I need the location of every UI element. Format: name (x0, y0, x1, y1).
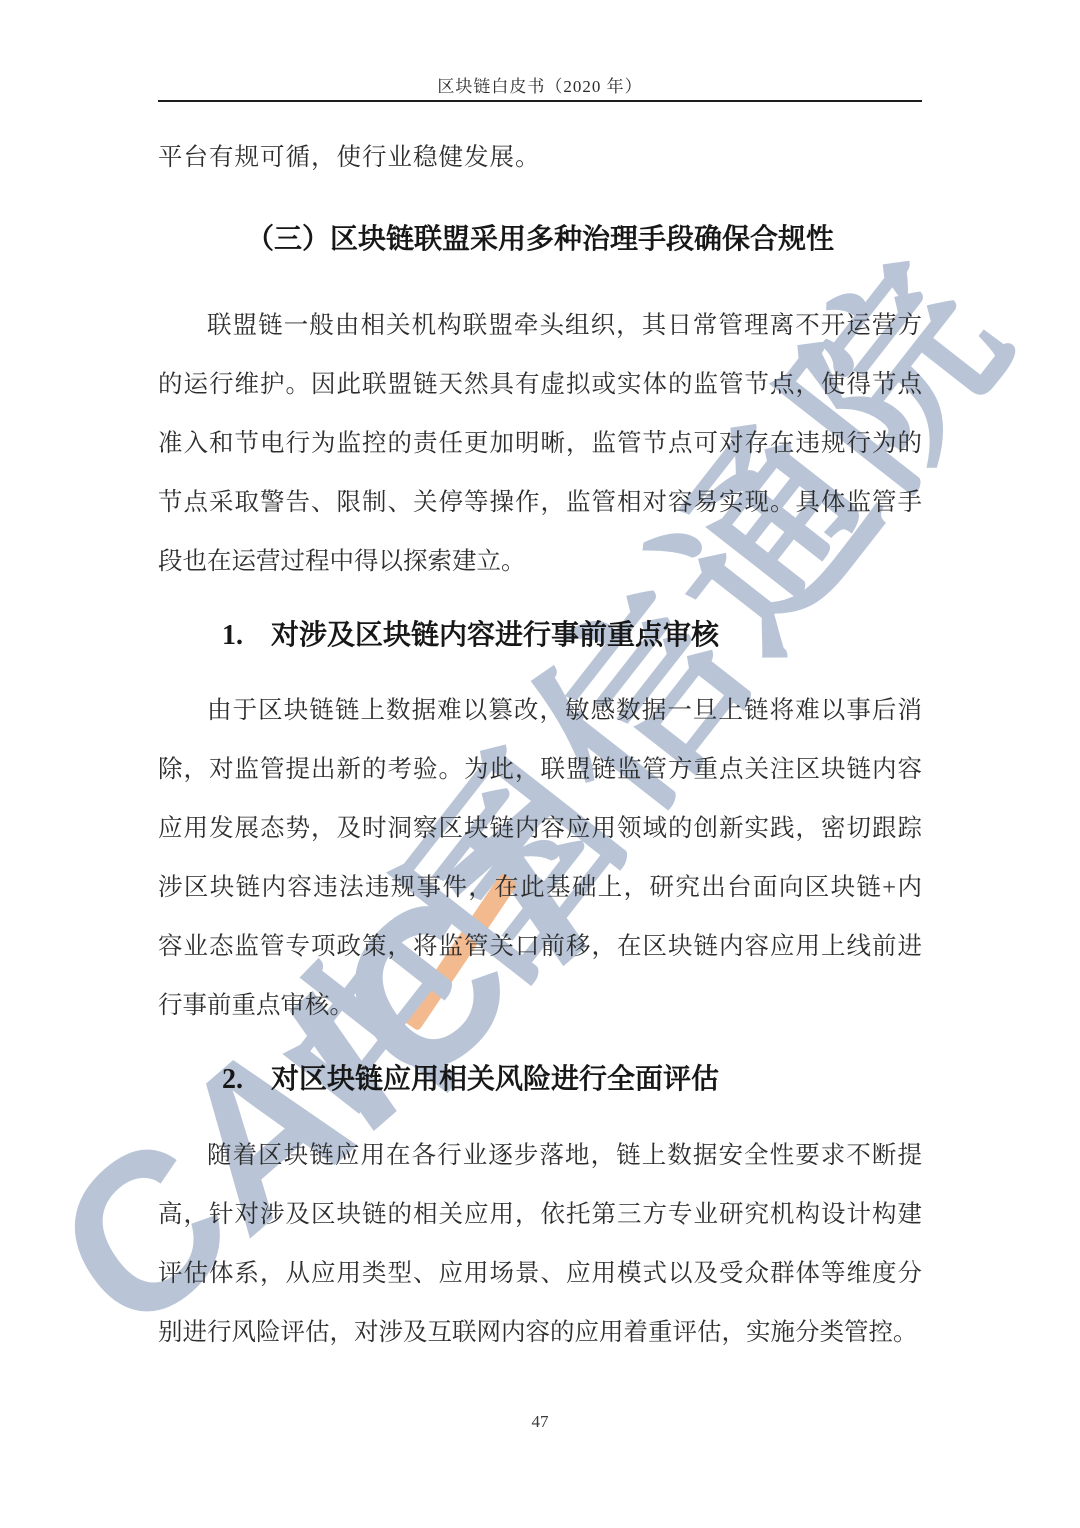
text-layer: 区块链白皮书（2020 年） 平台有规可循，使行业稳健发展。 （三）区块链联盟采… (0, 0, 1080, 1528)
header-divider (158, 100, 922, 102)
paragraph-line: 别进行风险评估，对涉及互联网内容的应用着重评估，实施分类管控。 (158, 1303, 922, 1362)
page-number: 47 (0, 1412, 1080, 1432)
document-page: CAICT 中国信通院 区块链白皮书（2020 年） 平台有规可循，使行业稳健发… (0, 0, 1080, 1528)
paragraph: 联盟链一般由相关机构联盟牵头组织，其日常管理离不开运营方的运行维护。因此联盟链天… (158, 296, 922, 591)
paragraph-line: 高，针对涉及区块链的相关应用，依托第三方专业研究机构设计构建 (158, 1185, 922, 1244)
subsection-number: 2. (222, 1054, 243, 1106)
subsection-heading-2: 2.对区块链应用相关风险进行全面评估 (158, 1054, 922, 1106)
paragraph: 随着区块链应用在各行业逐步落地，链上数据安全性要求不断提高，针对涉及区块链的相关… (158, 1126, 922, 1362)
paragraph-line: 段也在运营过程中得以探索建立。 (158, 532, 922, 591)
paragraph-line: 随着区块链应用在各行业逐步落地，链上数据安全性要求不断提 (158, 1126, 922, 1185)
paragraph-line: 的运行维护。因此联盟链天然具有虚拟或实体的监管节点，使得节点 (158, 355, 922, 414)
paragraph-line: 节点采取警告、限制、关停等操作，监管相对容易实现。具体监管手 (158, 473, 922, 532)
paragraph-line: 除，对监管提出新的考验。为此，联盟链监管方重点关注区块链内容 (158, 740, 922, 799)
intro-line: 平台有规可循，使行业稳健发展。 (158, 134, 922, 182)
paragraph-line: 由于区块链链上数据难以篡改，敏感数据一旦上链将难以事后消 (158, 681, 922, 740)
subsection-title: 对涉及区块链内容进行事前重点审核 (271, 620, 719, 651)
page-header-title: 区块链白皮书（2020 年） (0, 72, 1080, 97)
subsection-heading-1: 1.对涉及区块链内容进行事前重点审核 (158, 610, 922, 662)
paragraph-line: 容业态监管专项政策，将监管关口前移，在区块链内容应用上线前进 (158, 917, 922, 976)
subsection-number: 1. (222, 610, 243, 662)
paragraph-line: 评估体系，从应用类型、应用场景、应用模式以及受众群体等维度分 (158, 1244, 922, 1303)
subsection-title: 对区块链应用相关风险进行全面评估 (271, 1064, 719, 1095)
paragraph-line: 准入和节电行为监控的责任更加明晰，监管节点可对存在违规行为的 (158, 414, 922, 473)
section-heading: （三）区块链联盟采用多种治理手段确保合规性 (158, 213, 922, 267)
paragraph-line: 涉区块链内容违法违规事件，在此基础上，研究出台面向区块链+内 (158, 858, 922, 917)
paragraph-line: 应用发展态势，及时洞察区块链内容应用领域的创新实践，密切跟踪 (158, 799, 922, 858)
paragraph: 由于区块链链上数据难以篡改，敏感数据一旦上链将难以事后消除，对监管提出新的考验。… (158, 681, 922, 1035)
paragraph-line: 联盟链一般由相关机构联盟牵头组织，其日常管理离不开运营方 (158, 296, 922, 355)
paragraph-line: 行事前重点审核。 (158, 976, 922, 1035)
